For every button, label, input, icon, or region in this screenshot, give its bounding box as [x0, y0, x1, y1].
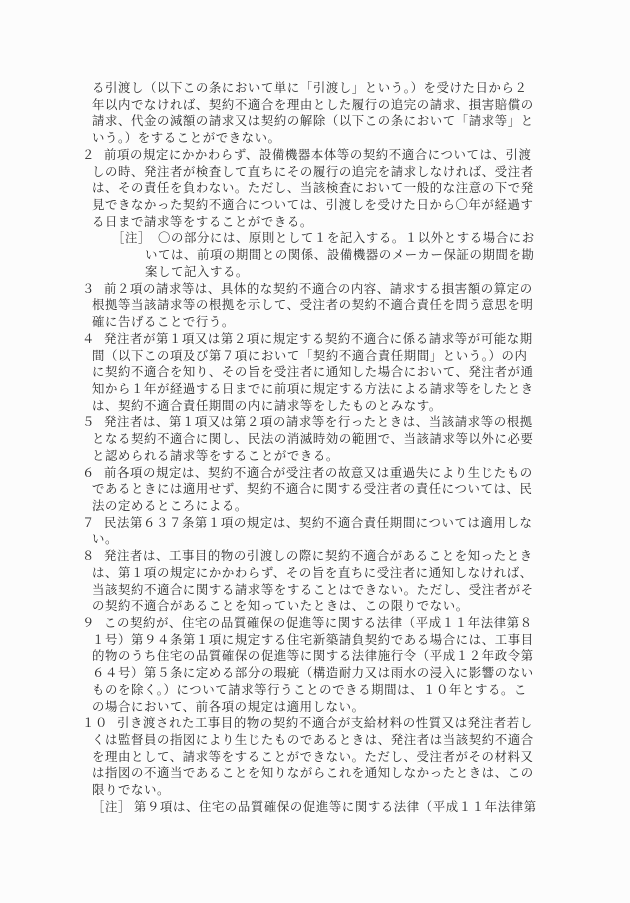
note-line: 第９項は、住宅の品質確保の促進等に関する法律（平成１１年法律第	[134, 799, 537, 816]
clause-line: 引き渡された工事目的物の契約不適合が支給材料の性質又は発注者若し	[117, 715, 533, 732]
clause-line: 見できなかった契約不適合については、引渡しを受けた日から〇年が経過す	[92, 197, 533, 214]
clause-line: くは監督員の指図により生じたものであるときは、発注者は当該契約不適合	[92, 732, 534, 749]
clause-line: 前各項の規定は、契約不適合が受注者の故意又は重過失により生じたもの	[104, 465, 533, 482]
clause-line: に契約不適合を知り、その旨を受注者に通知した場合において、発注者が通	[92, 364, 533, 381]
clause-line: 民法第６３７条第１項の規定は、契約不適合責任期間については適用しな	[104, 515, 532, 532]
clause-number: ８	[82, 548, 95, 565]
clause-line: ６４号）第５条に定める部分の瑕疵（構造耐力又は雨水の浸入に影響のない	[92, 665, 534, 682]
clause-line: 限りでない。	[92, 782, 170, 799]
clause-number: ９	[82, 615, 95, 632]
clause-number: ４	[82, 331, 95, 348]
paragraph-line: 請求、代金の減額の請求又は契約の解除（以下この条において「請求等」と	[92, 113, 534, 130]
clause-number: ７	[82, 515, 95, 532]
note-label: ［注］	[92, 799, 131, 816]
clause-item-10: １０ 引き渡された工事目的物の契約不適合が支給材料の性質又は発注者若し くは監督…	[0, 715, 630, 815]
clause-line: い。	[92, 531, 118, 548]
clause-item-5: ５ 発注者は、第１項又は第２項の請求等を行ったときは、当該請求等の根拠 となる契…	[0, 414, 630, 464]
clause-line: この契約が、住宅の品質確保の促進等に関する法律（平成１１年法律第８	[104, 615, 533, 632]
clause-line: の契約不適合があることを知っていたときは、この限りでない。	[92, 598, 469, 615]
clause-item-3: ３ 前２項の請求等は、具体的な契約不適合の内容、請求する損害額の算定の 根拠等当…	[0, 281, 630, 331]
clause-item-7: ７ 民法第６３７条第１項の規定は、契約不適合責任期間については適用しな い。	[0, 515, 630, 548]
clause-line: １号）第９４条第１項に規定する住宅新築請負契約である場合には、工事目	[92, 632, 534, 649]
clause-line: 当該契約不適合に関する請求等をすることはできない。ただし、受注者がそ	[92, 582, 534, 599]
clause-item-9: ９ この契約が、住宅の品質確保の促進等に関する法律（平成１１年法律第８ １号）第…	[0, 615, 630, 715]
clause-line: しの時、発注者が検査して直ちにその履行の追完を請求しなければ、受注者	[92, 164, 534, 181]
clause-line: 根拠等当該請求等の根拠を示して、受注者の契約不適合責任を問う意思を明	[92, 297, 533, 314]
clause-line: 前項の規定にかかわらず、設備機器本体等の契約不適合については、引渡	[104, 147, 531, 164]
paragraph-line: いう。）をすることができない。	[92, 130, 281, 147]
clause-line: 法の定めるところによる。	[92, 498, 248, 515]
note-label: ［注］	[112, 230, 151, 247]
clause-note: ［注］ 〇の部分には、原則として１を記入する。１以外とする場合にお いては、前項…	[0, 230, 630, 280]
clause-line: は、その責任を負わない。ただし、当該検査において一般的な注意の下で発	[92, 180, 534, 197]
clause-line: ものを除く。）について請求等行うことのできる期間は、１０年とする。こ	[92, 682, 527, 699]
paragraph-line: 年以内でなければ、契約不適合を理由とした履行の追完の請求、損害賠償の	[92, 97, 534, 114]
clause-line: は、第１項の規定にかかわらず、その旨を直ちに受注者に通知しなければ、	[92, 565, 533, 582]
document-page: る引渡し（以下この条において単に「引渡し」という。）を受けた日から２ 年以内でな…	[0, 80, 630, 816]
clause-line: の場合において、前各項の規定は適用しない。	[92, 699, 365, 716]
clause-line: る日まで請求等をすることができる。	[92, 214, 313, 231]
clause-number: ３	[82, 281, 95, 298]
clause-line: 的物のうち住宅の品質確保の促進等に関する法律施行令（平成１２年政令第	[92, 648, 534, 665]
clause-line: 発注者が第１項又は第２項に規定する契約不適合に係る請求等が可能な期	[104, 331, 533, 348]
clause-line: 間（以下この項及び第７項において「契約不適合責任期間」という。）の内	[92, 348, 527, 365]
clause-line: は指図の不適当であることを知りながらこれを通知しなかったときは、この	[92, 765, 534, 782]
intro-paragraph: る引渡し（以下この条において単に「引渡し」という。）を受けた日から２ 年以内でな…	[0, 80, 630, 147]
clause-line: 確に告げることで行う。	[92, 314, 235, 331]
clause-note: ［注］ 第９項は、住宅の品質確保の促進等に関する法律（平成１１年法律第	[0, 799, 630, 816]
clause-line: 知から１年が経過する日までに前項に規定する方法による請求等をしたとき	[92, 381, 534, 398]
clause-number: １０	[82, 715, 108, 732]
clause-item-6: ６ 前各項の規定は、契約不適合が受注者の故意又は重過失により生じたもの であると…	[0, 465, 630, 515]
clause-number: ２	[82, 147, 95, 164]
clause-item-8: ８ 発注者は、工事目的物の引渡しの際に契約不適合があることを知ったとき は、第１…	[0, 548, 630, 615]
note-line: 案して記入する。	[145, 264, 249, 281]
clause-number: ６	[82, 465, 95, 482]
paragraph-line: る引渡し（以下この条において単に「引渡し」という。）を受けた日から２	[92, 80, 527, 97]
clause-line: であるときには適用せず、契約不適合に関する受注者の責任については、民	[92, 481, 532, 498]
clause-line: 発注者は、工事目的物の引渡しの際に契約不適合があることを知ったとき	[104, 548, 533, 565]
clause-item-4: ４ 発注者が第１項又は第２項に規定する契約不適合に係る請求等が可能な期 間（以下…	[0, 331, 630, 415]
note-line: いては、前項の期間との関係、設備機器のメーカー保証の期間を勘	[145, 247, 534, 264]
clause-line: 前２項の請求等は、具体的な契約不適合の内容、請求する損害額の算定の	[104, 281, 533, 298]
clause-line: 発注者は、第１項又は第２項の請求等を行ったときは、当該請求等の根拠	[104, 414, 533, 431]
clause-line: となる契約不適合に関し、民法の消滅時効の範囲で、当該請求等以外に必要	[92, 431, 533, 448]
clause-number: ５	[82, 414, 95, 431]
clause-item-2: ２ 前項の規定にかかわらず、設備機器本体等の契約不適合については、引渡 しの時、…	[0, 147, 630, 281]
clause-line: は、契約不適合責任期間の内に請求等をしたものとみなす。	[92, 398, 442, 415]
note-line: 〇の部分には、原則として１を記入する。１以外とする場合にお	[158, 230, 535, 247]
clause-line: を理由として、請求等をすることができない。ただし、受注者がその材料又	[92, 749, 533, 766]
clause-line: と認められる請求等をすることができる。	[92, 448, 339, 465]
